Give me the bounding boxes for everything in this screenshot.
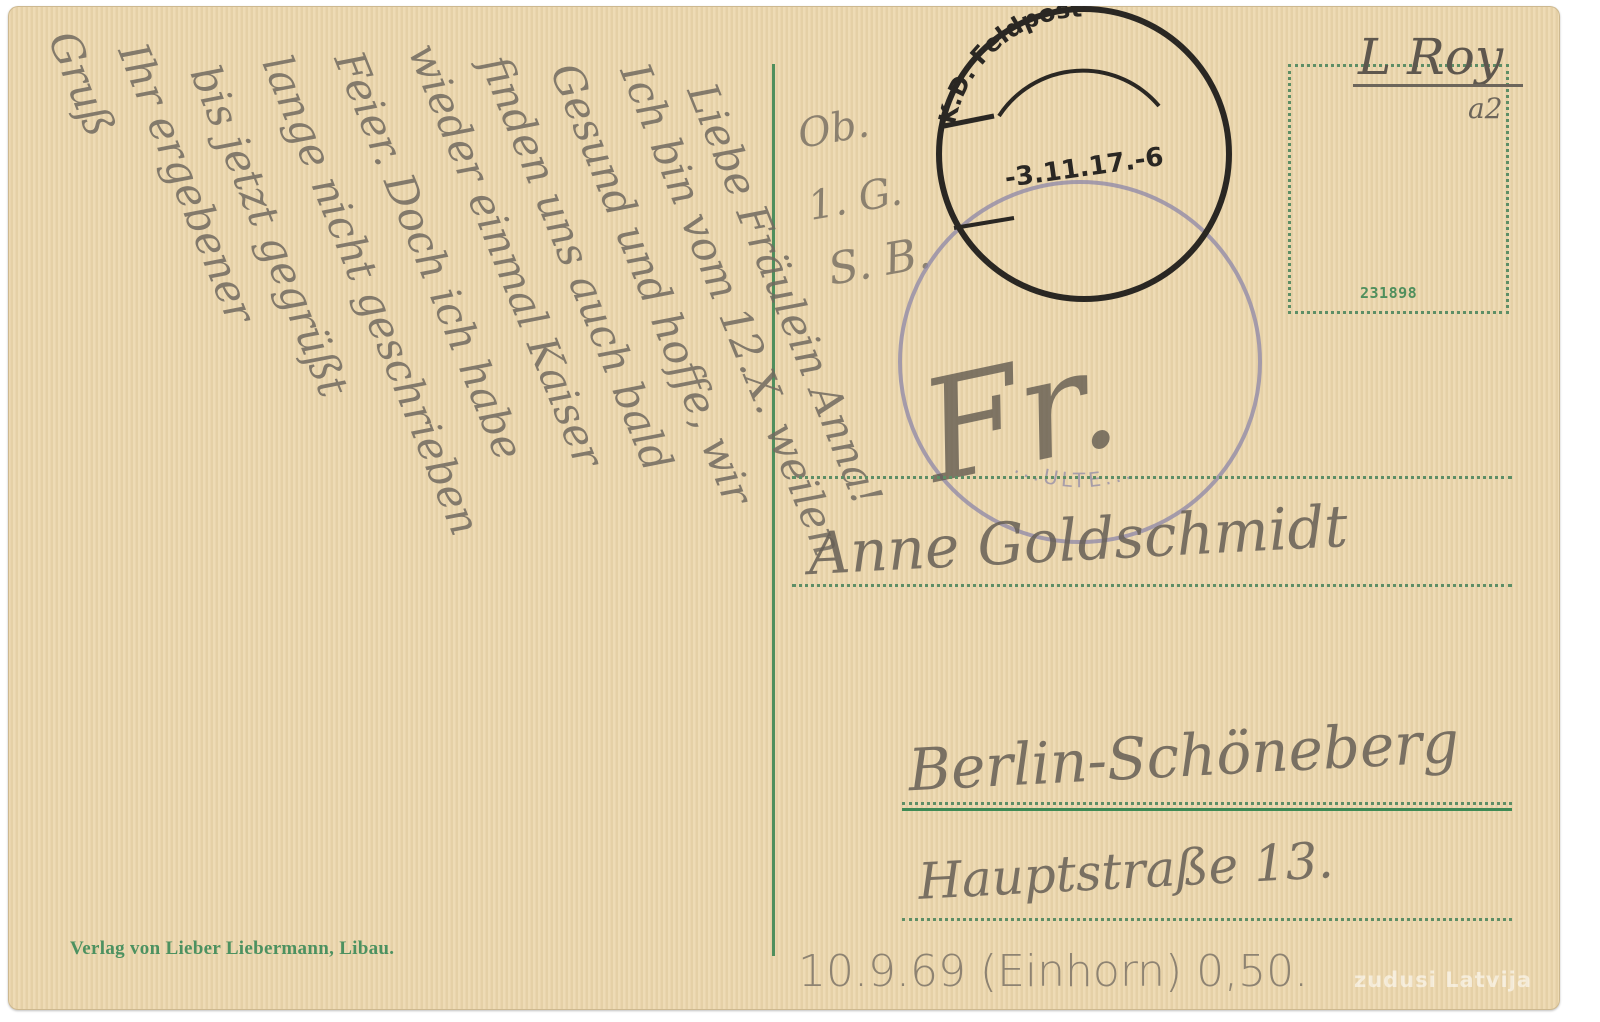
address-dotted-line-2 [792, 584, 1512, 587]
collector-pencil-note: 10.9.69 (Einhorn) 0,50. [798, 946, 1308, 997]
address-dotted-line-1 [792, 476, 1512, 479]
reference-sub-mark: a2 [1468, 92, 1503, 125]
svg-text:K.D. Feldpost: K.D. Feldpost [933, 6, 1083, 127]
recipient-city: Berlin-Schöneberg [907, 708, 1461, 805]
reference-mark: L Roy [1358, 28, 1503, 86]
serial-number: 231898 [1360, 284, 1417, 302]
address-dotted-line-3 [902, 802, 1512, 805]
recipient-street: Hauptstraße 13. [917, 831, 1335, 911]
watermark: zudusi Latvija [1354, 968, 1532, 992]
postcard: Liebe Fräulein Anna! Ich bin vom 12.X. w… [8, 6, 1560, 1010]
address-dotted-line-4 [902, 918, 1512, 921]
field-post-postmark-icon: K.D. Feldpost -3.11.17.-6 [924, 6, 1244, 306]
postmark-office-text: K.D. Feldpost [933, 6, 1083, 127]
publisher-imprint: Verlag von Lieber Liebermann, Libau. [70, 938, 394, 960]
reference-underline [1353, 84, 1523, 87]
recipient-name: Anne Goldschmidt [807, 492, 1350, 588]
sender-line: Ob. [795, 100, 873, 158]
message-line: Gruß [39, 24, 125, 143]
postmark-date: -3.11.17.-6 [1003, 142, 1165, 194]
address-solid-line [902, 808, 1512, 811]
